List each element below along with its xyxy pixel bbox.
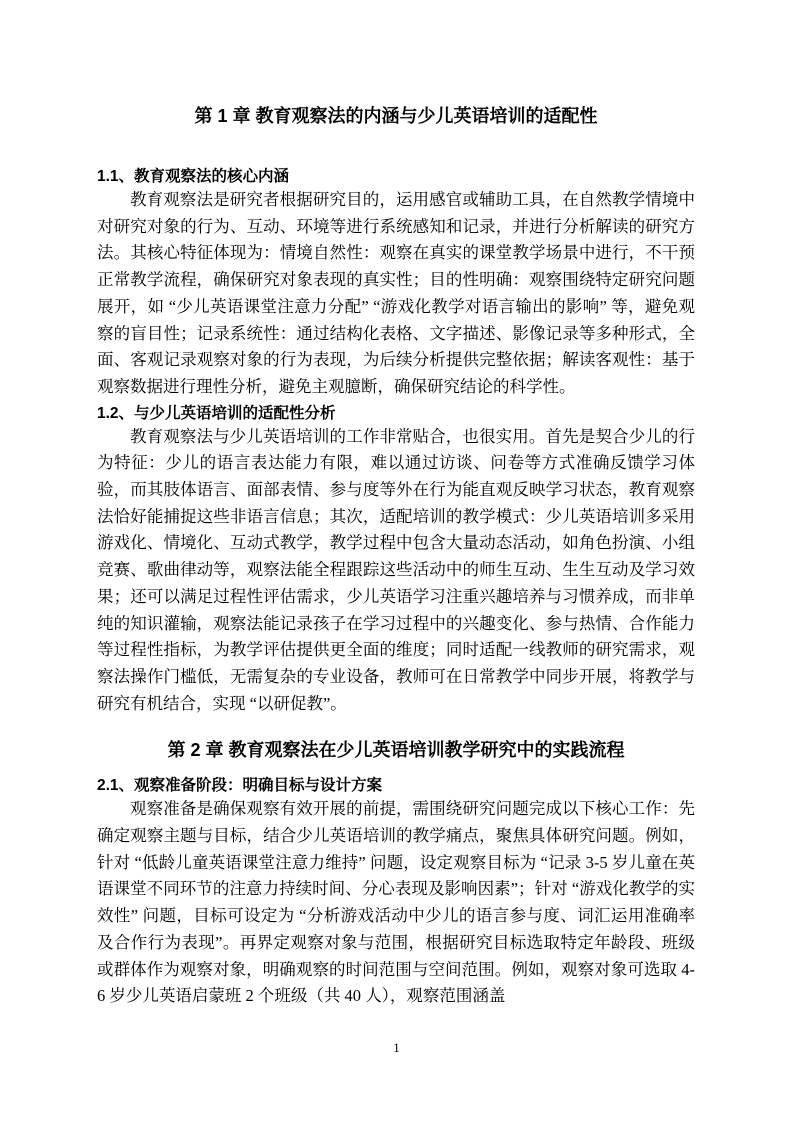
section-1-2-paragraph: 教育观察法与少儿英语培训的工作非常贴合，也很实用。首先是契合少儿的行为特征：少儿…	[97, 424, 695, 718]
section-1-1-heading: 1.1、教育观察法的核心内涵	[97, 166, 695, 187]
section-1-2-heading: 1.2、与少儿英语培训的适配性分析	[97, 403, 695, 424]
chapter-1-title: 第 1 章 教育观察法的内涵与少儿英语培训的适配性	[97, 103, 695, 129]
page-number: 1	[0, 1040, 793, 1056]
chapter-2-title: 第 2 章 教育观察法在少儿英语培训教学研究中的实践流程	[97, 737, 695, 763]
section-2-1-heading: 2.1、观察准备阶段：明确目标与设计方案	[97, 775, 695, 796]
section-2-1-paragraph: 观察准备是确保观察有效开展的前提，需围绕研究问题完成以下核心工作：先确定观察主题…	[97, 796, 695, 1010]
section-1-1-paragraph: 教育观察法是研究者根据研究目的，运用感官或辅助工具，在自然教学情境中对研究对象的…	[97, 187, 695, 401]
document-page: 第 1 章 教育观察法的内涵与少儿英语培训的适配性 1.1、教育观察法的核心内涵…	[0, 0, 793, 1122]
